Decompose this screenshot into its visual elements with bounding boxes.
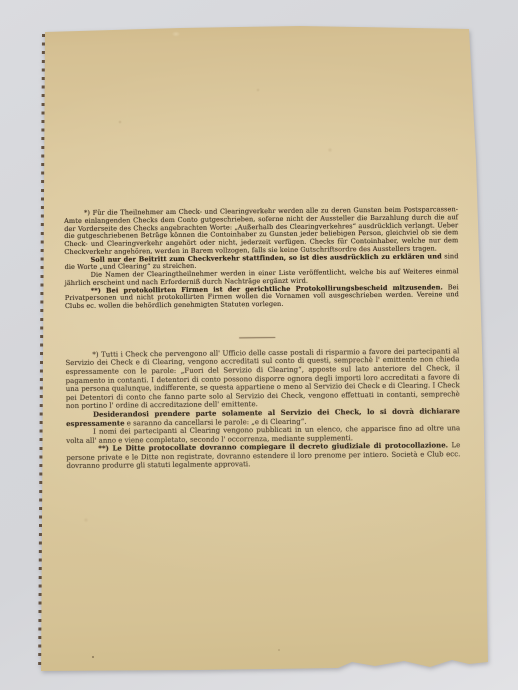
italian-footnotes-section: *) Tutti i Check che pervengono all' Uff… xyxy=(65,347,460,471)
german-footnotes-section: *) Für die Theilnehmer am Check- und Cle… xyxy=(64,206,459,311)
photo-background: *) Für die Theilnehmer am Check- und Cle… xyxy=(0,0,518,690)
footnote-text: *) Für die Theilnehmer am Check- und Cle… xyxy=(64,205,458,256)
document-sheet-wrap: *) Für die Theilnehmer am Check- und Cle… xyxy=(0,0,518,690)
german-footnote-paragraph-1: *) Für die Theilnehmer am Check- und Cle… xyxy=(64,206,458,256)
italian-footnote-paragraph-4: **) Le Ditte protocollate dovranno compi… xyxy=(66,441,460,471)
divider-rule xyxy=(239,337,275,338)
german-footnote-paragraph-4: **) Bei protokollirten Firmen ist der ge… xyxy=(65,284,459,311)
document-sheet: *) Für die Theilnehmer am Check- und Cle… xyxy=(0,0,518,690)
document-content: *) Für die Theilnehmer am Check- und Cle… xyxy=(64,206,460,471)
italian-footnote-paragraph-1: *) Tutti i Check che pervengono all' Uff… xyxy=(65,347,460,411)
footnote-text: *) Tutti i Check che pervengono all' Uff… xyxy=(65,347,459,410)
